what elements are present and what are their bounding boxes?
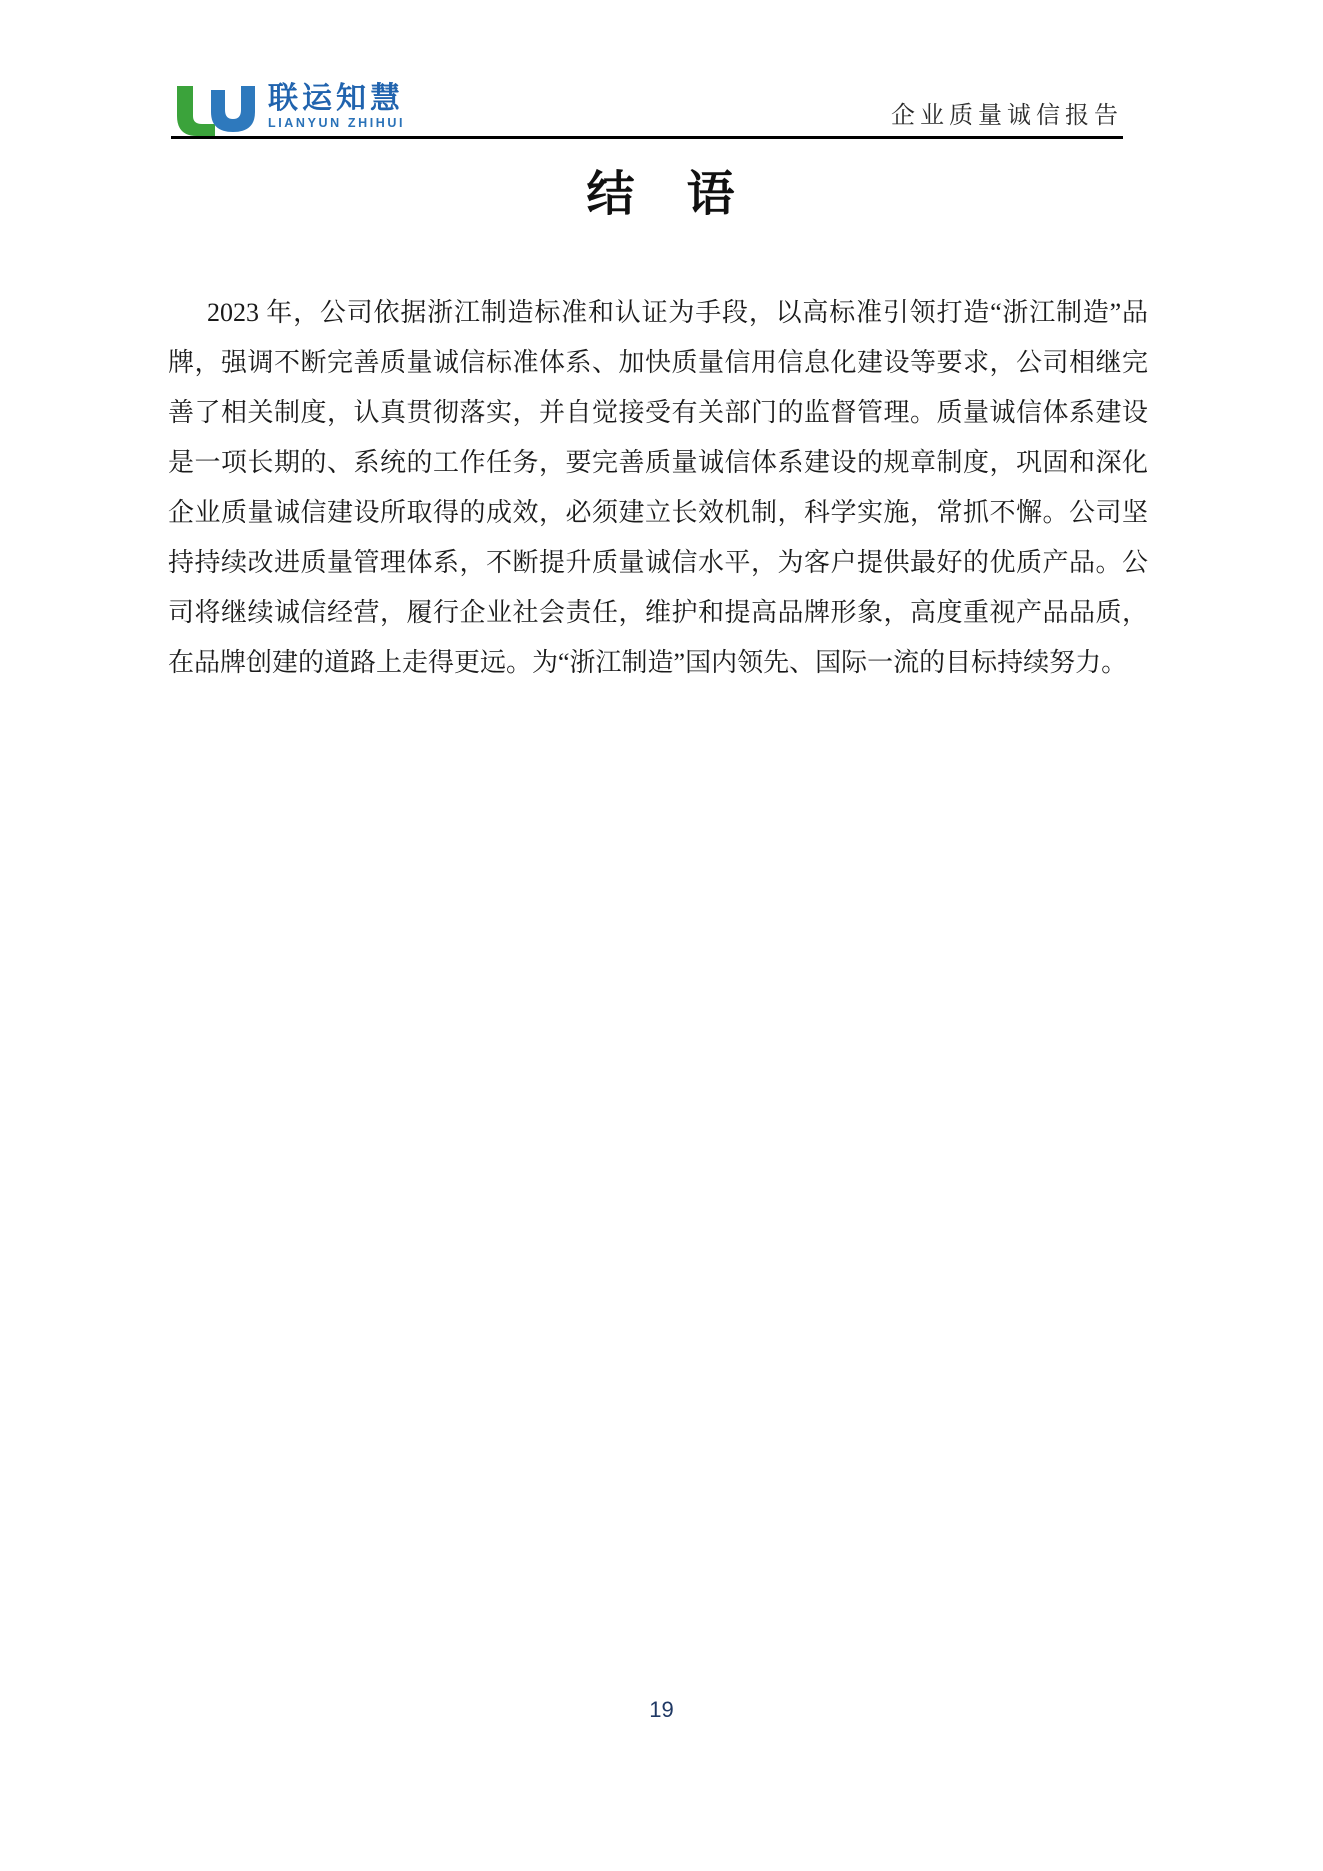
- body-paragraph: 2023 年，公司依据浙江制造标准和认证为手段，以高标准引领打造“浙江制造”品牌…: [168, 288, 1148, 688]
- page-number: 19: [0, 1697, 1323, 1723]
- brand-name-en: LIANYUN ZHIHUI: [268, 117, 405, 130]
- report-page: 联运知慧 LIANYUN ZHIHUI 企业质量诚信报告 结 语 2023 年，…: [0, 0, 1323, 1871]
- logo-text-block: 联运知慧 LIANYUN ZHIHUI: [268, 84, 405, 130]
- page-header: 联运知慧 LIANYUN ZHIHUI 企业质量诚信报告: [171, 84, 1123, 139]
- page-title: 结 语: [0, 155, 1323, 224]
- logo-mark-green-l: [177, 86, 215, 136]
- company-logo: 联运知慧 LIANYUN ZHIHUI: [171, 84, 405, 138]
- logo-mark-blue-u: [211, 86, 255, 132]
- lu-logo-icon: [171, 84, 259, 138]
- brand-name-cn: 联运知慧: [268, 84, 405, 114]
- doc-type-label: 企业质量诚信报告: [891, 95, 1123, 136]
